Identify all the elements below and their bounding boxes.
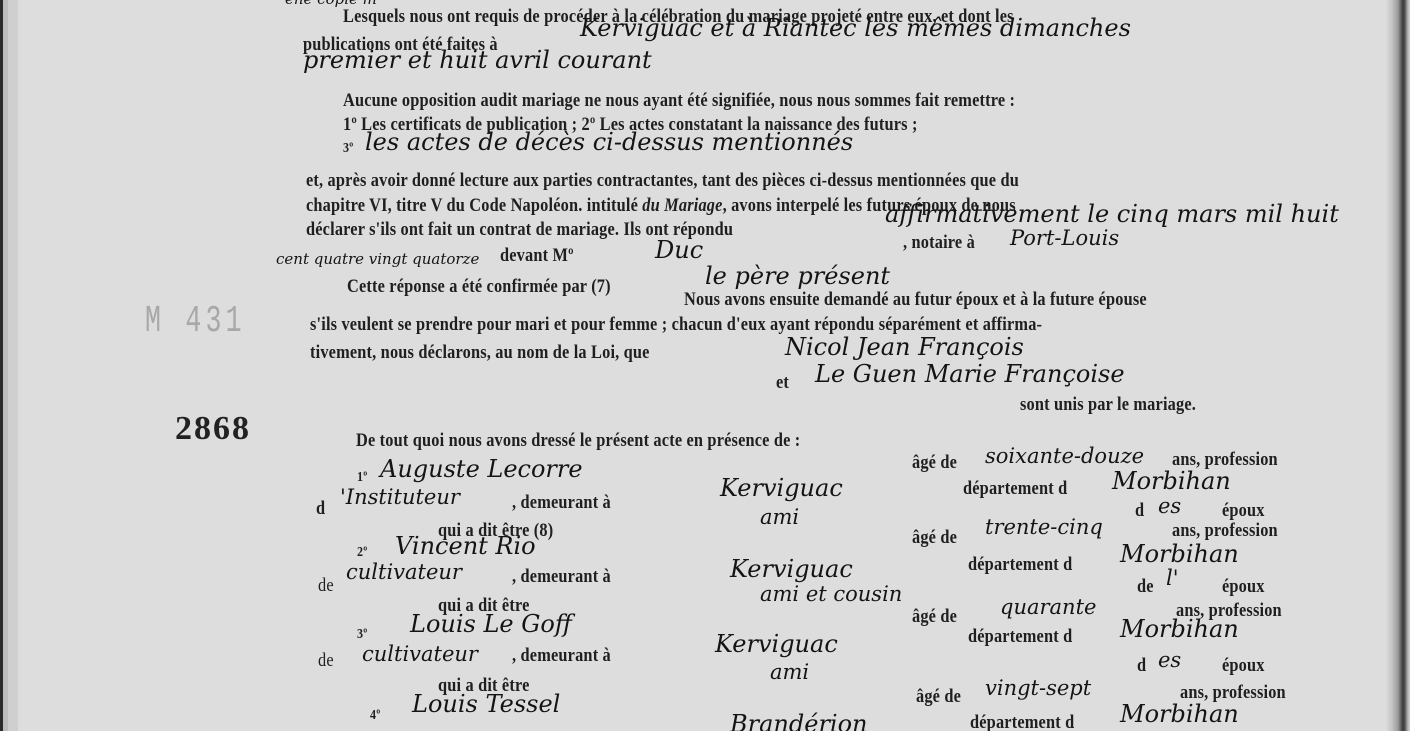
label-ans-profession: ans, profession: [1172, 520, 1278, 542]
label-demeurant: , demeurant à: [512, 645, 611, 667]
witness-relation: ami et cousin: [760, 582, 902, 606]
text-line-15: sont unis par le mariage.: [1020, 394, 1196, 416]
witness-number: 3º: [357, 627, 367, 643]
label-age: âgé de: [912, 527, 957, 549]
witness-number: 1º: [357, 470, 367, 486]
witness-profession: 'Instituteur: [340, 485, 460, 509]
witness-department: Morbihan: [1112, 467, 1231, 495]
hw-bride-name: Le Guen Marie Françoise: [815, 360, 1125, 388]
label-age: âgé de: [912, 452, 957, 474]
text-line-16: De tout quoi nous avons dressé le présen…: [356, 430, 800, 452]
witness-residence: Brandérion: [730, 710, 868, 731]
witness-department: Morbihan: [1120, 615, 1239, 643]
witness-name: Auguste Lecorre: [380, 455, 583, 483]
text-line-3: Aucune opposition audit mariage ne nous …: [343, 90, 1015, 112]
hw-groom-name: Nicol Jean François: [785, 333, 1024, 361]
epoux-prefix: de: [1137, 576, 1154, 598]
epoux-prefix: d: [1137, 655, 1146, 677]
hw-notary-place: Port-Louis: [1010, 226, 1119, 250]
text-line-9b: , notaire à: [903, 232, 975, 254]
label-epoux: époux: [1222, 655, 1265, 677]
label-departement: département d: [968, 554, 1072, 576]
witness-residence: Kerviguac: [720, 474, 843, 502]
witness-profession: cultivateur: [362, 642, 478, 666]
page-left-edge: [0, 0, 22, 731]
text-line-9a: devant Mº: [500, 245, 574, 267]
text-line-14: et: [776, 372, 789, 394]
label-epoux: époux: [1222, 500, 1265, 522]
witness-residence: Kerviguac: [715, 630, 838, 658]
label-demeurant: , demeurant à: [512, 492, 611, 514]
witness-age: trente-cinq: [985, 515, 1103, 539]
witness-relation: ami: [760, 505, 799, 529]
witness-age: quarante: [1000, 595, 1096, 619]
witness-name: Vincent Rio: [395, 532, 536, 560]
text-line-13: tivement, nous déclarons, au nom de la L…: [310, 342, 650, 364]
register-number: 2868: [175, 410, 251, 448]
witness-department: Morbihan: [1120, 540, 1239, 568]
witness-age: vingt-sept: [985, 676, 1091, 700]
text-line-11: Nous avons ensuite demandé au futur épou…: [684, 289, 1147, 311]
epoux-hw: es: [1158, 494, 1181, 518]
text-line-5-prefix: 3º: [343, 141, 353, 157]
epoux-hw: es: [1158, 648, 1181, 672]
text-line-10: Cette réponse a été confirmée par (7): [347, 276, 611, 298]
hw-publication-places: Kerviguac et à Riantec les mêmes dimanch…: [580, 14, 1131, 42]
witness-prefix: d: [316, 498, 325, 520]
hw-contract-year: cent quatre vingt quatorze: [276, 250, 479, 268]
text-line-6: et, après avoir donné lecture aux partie…: [306, 170, 1019, 192]
witness-number: 4º: [370, 708, 380, 724]
witness-prefix: de: [318, 650, 334, 672]
witness-residence: Kerviguac: [730, 555, 853, 583]
witness-prefix: de: [318, 575, 334, 597]
hw-publication-dates: premier et huit avril courant: [303, 46, 652, 74]
witness-age: soixante-douze: [985, 444, 1144, 468]
witness-profession: cultivateur: [346, 560, 462, 584]
margin-stamp: M 431: [145, 300, 246, 343]
label-epoux: époux: [1222, 576, 1265, 598]
witness-relation: ami: [770, 660, 809, 684]
label-age: âgé de: [912, 606, 957, 628]
label-demeurant: , demeurant à: [512, 566, 611, 588]
hw-confirmed-by: le père présent: [705, 262, 890, 290]
hw-documents-3: les actes de décès ci-dessus mentionnés: [365, 128, 853, 156]
witness-department: Morbihan: [1120, 700, 1239, 728]
label-departement: département d: [968, 626, 1072, 648]
label-age: âgé de: [916, 686, 961, 708]
epoux-prefix: d: [1135, 500, 1144, 522]
scanned-register-page: M 431 2868 ene copie m Lesquels nous ont…: [0, 0, 1410, 731]
label-departement: département d: [963, 478, 1067, 500]
label-departement: département d: [970, 712, 1074, 731]
witness-name: Louis Tessel: [412, 690, 560, 718]
witness-number: 2º: [357, 545, 367, 561]
witness-name: Louis Le Goff: [410, 610, 572, 638]
hw-contract-answer: affirmativement le cinq mars mil huit: [885, 200, 1339, 228]
page-right-edge: [1386, 0, 1410, 731]
epoux-hw: l': [1166, 566, 1179, 590]
hw-notary-name: Duc: [655, 236, 703, 264]
